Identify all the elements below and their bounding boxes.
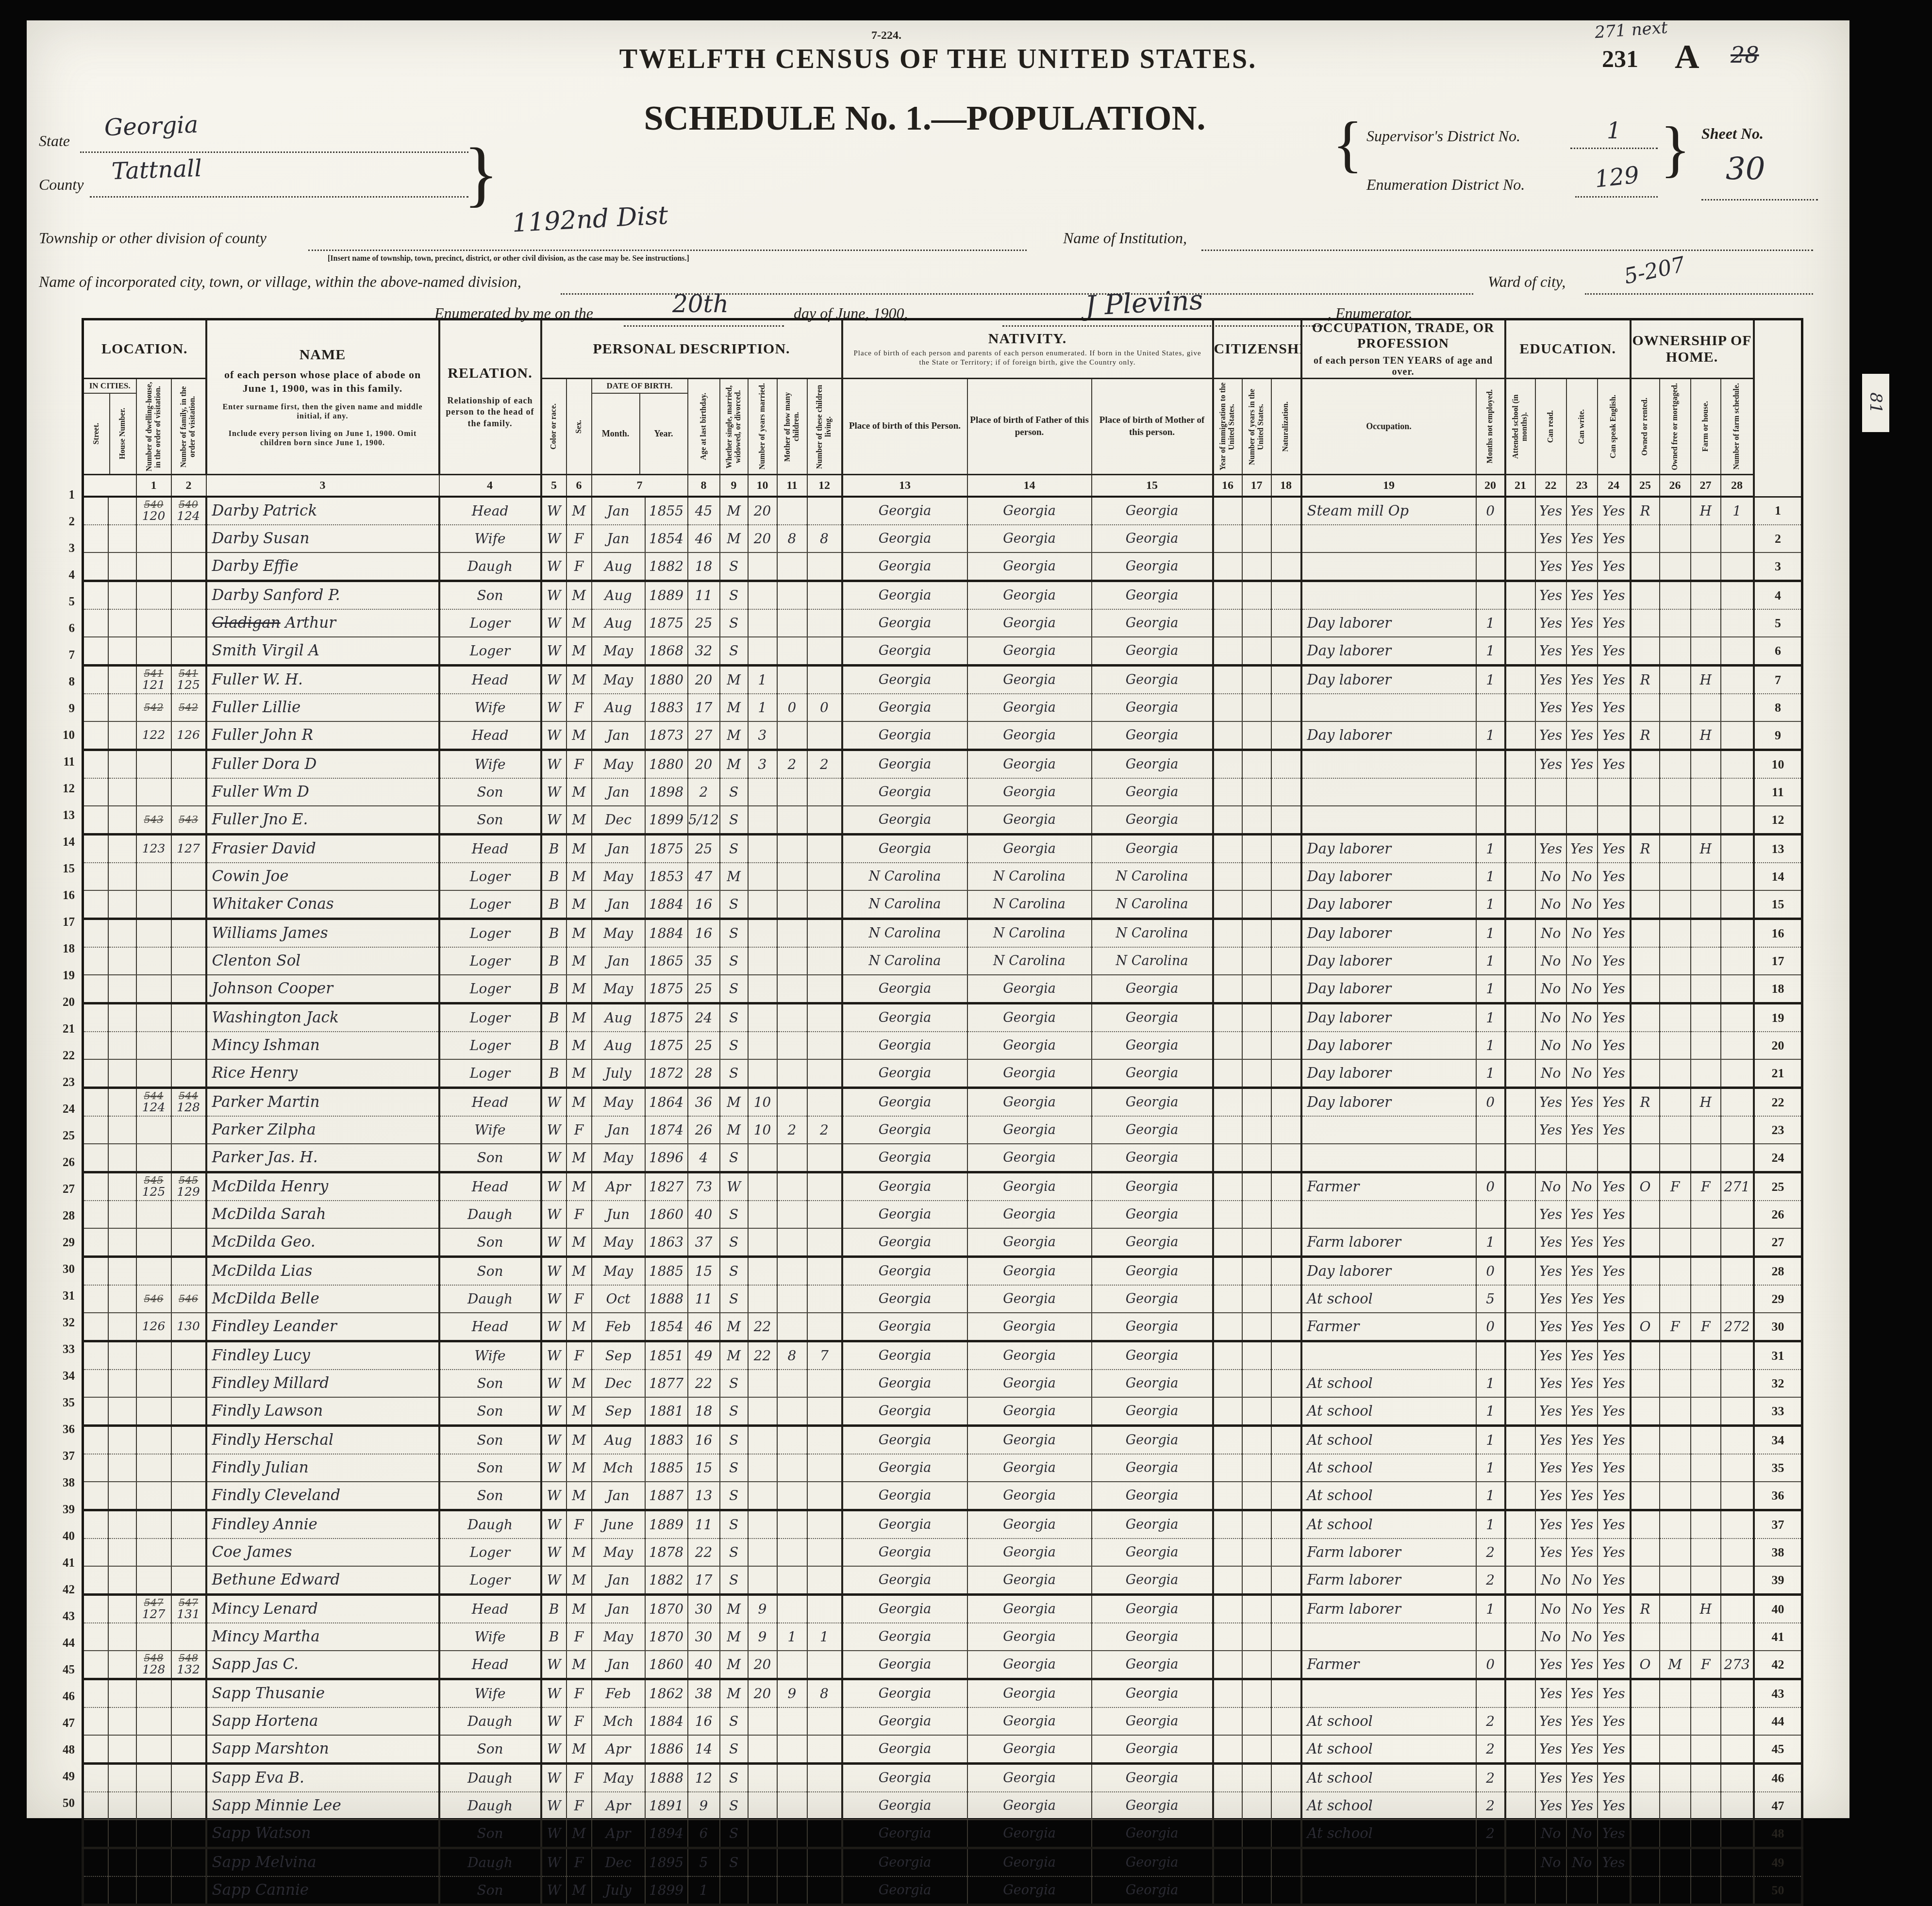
cell-marital: S [720, 1370, 748, 1397]
cell-birth-month: Dec [592, 806, 645, 835]
struck-old-page-number: 28 [1731, 42, 1759, 68]
cell-speak-english: Yes [1598, 1003, 1631, 1032]
cell-free-mortgaged [1660, 1116, 1691, 1144]
cell-can-write: No [1566, 1003, 1598, 1032]
row-number: 33 [1754, 1397, 1802, 1426]
cell-children-born [777, 863, 807, 890]
cell-children-living [807, 1397, 842, 1426]
left-line-number: 34 [47, 1363, 75, 1389]
cell-house [108, 1285, 136, 1313]
cell-name: Mincy Ishman [206, 1032, 439, 1059]
census-rows: 540120540124Darby PatrickHeadWMJan185545… [83, 497, 1802, 1905]
cell-farm-schedule [1721, 1482, 1754, 1510]
cell-occupation: Day laborer [1301, 637, 1476, 666]
table-row: McDilda Geo.SonWMMay186337SGeorgiaGeorgi… [83, 1228, 1802, 1257]
cell-speak-english: Yes [1598, 1735, 1631, 1764]
cell-marital: M [720, 1595, 748, 1623]
left-line-number: 47 [47, 1710, 75, 1737]
table-row: Sapp WatsonSonWMApr18946SGeorgiaGeorgiaG… [83, 1820, 1802, 1848]
cell-birthplace: Georgia [842, 1820, 967, 1848]
cell-birthplace: Georgia [842, 1876, 967, 1905]
cell-relation: Wife [439, 1341, 541, 1370]
cell-months-unemployed: 2 [1476, 1820, 1505, 1848]
cell-house [108, 778, 136, 806]
ward-label: Ward of city, [1488, 273, 1566, 291]
cell-farm-house [1691, 1257, 1721, 1286]
cell-can-read: Yes [1535, 721, 1566, 750]
cell-street [83, 1228, 108, 1257]
cell-school [1505, 1003, 1535, 1032]
cell-years-in-us [1242, 1257, 1271, 1286]
cell-age: 18 [688, 1397, 720, 1426]
row-number: 49 [1754, 1848, 1802, 1877]
row-number: 19 [1754, 1003, 1802, 1032]
cell-school [1505, 1370, 1535, 1397]
cell-children-born [777, 1370, 807, 1397]
cell-birth-year: 1827 [645, 1172, 688, 1201]
cell-speak-english: Yes [1598, 1707, 1631, 1735]
cell-years-in-us [1242, 694, 1271, 721]
cell-birth-month: Jan [592, 890, 645, 919]
cell-birthplace: Georgia [842, 1510, 967, 1539]
left-line-number: 35 [47, 1389, 75, 1416]
cell-immigration-year [1213, 552, 1242, 581]
cell-name: McDilda Geo. [206, 1228, 439, 1257]
cell-free-mortgaged [1660, 806, 1691, 835]
cell-relation: Son [439, 1482, 541, 1510]
left-line-number: 41 [47, 1550, 75, 1576]
cell-dwelling-number [136, 1820, 171, 1848]
cell-farm-house [1691, 1003, 1721, 1032]
cell-street [83, 552, 108, 581]
cell-birth-month: Aug [592, 581, 645, 610]
cell-house [108, 637, 136, 666]
cell-marital: S [720, 1426, 748, 1455]
left-line-number: 46 [47, 1683, 75, 1710]
cell-owned-rented [1631, 1679, 1660, 1708]
cell-farm-house [1691, 947, 1721, 975]
cell-occupation: Farmer [1301, 1313, 1476, 1341]
cell-farm-schedule [1721, 694, 1754, 721]
cell-house [108, 1003, 136, 1032]
column-number-12: 12 [807, 475, 842, 497]
cell-age: 40 [688, 1651, 720, 1679]
cell-mother-birthplace: Georgia [1092, 1088, 1213, 1117]
cell-can-read: No [1535, 1820, 1566, 1848]
cell-mother-birthplace: Georgia [1092, 525, 1213, 552]
cell-relation: Head [439, 1651, 541, 1679]
cell-name: Findley Lucy [206, 1341, 439, 1370]
table-row: Sapp HortenaDaughWFMch188416SGeorgiaGeor… [83, 1707, 1802, 1735]
cell-can-read: Yes [1535, 637, 1566, 666]
cell-free-mortgaged [1660, 1228, 1691, 1257]
cell-age: 11 [688, 1285, 720, 1313]
cell-color: W [541, 721, 566, 750]
cell-birthplace: Georgia [842, 750, 967, 779]
cell-birth-year: 1863 [645, 1228, 688, 1257]
header-birthplace-father: Place of birth of Father of this person. [967, 379, 1092, 475]
form-number: 7-224. [871, 29, 901, 42]
cell-age: 11 [688, 1510, 720, 1539]
cell-free-mortgaged [1660, 1510, 1691, 1539]
cell-children-born [777, 1088, 807, 1117]
cell-marital: S [720, 947, 748, 975]
group-citizenship: CITIZENSHIP. [1213, 319, 1301, 379]
left-line-number: 24 [47, 1096, 75, 1122]
cell-house [108, 1764, 136, 1792]
cell-marital: M [720, 1313, 748, 1341]
cell-can-read: Yes [1535, 1735, 1566, 1764]
cell-street [83, 694, 108, 721]
cell-marital: S [720, 581, 748, 610]
cell-age: 16 [688, 890, 720, 919]
cell-father-birthplace: Georgia [967, 1848, 1092, 1877]
cell-age: 37 [688, 1228, 720, 1257]
cell-children-living [807, 806, 842, 835]
cell-age: 16 [688, 1707, 720, 1735]
cell-months-unemployed: 1 [1476, 1510, 1505, 1539]
cell-street [83, 1735, 108, 1764]
cell-birthplace: Georgia [842, 1707, 967, 1735]
group-nativity: NATIVITY. Place of birth of each person … [842, 319, 1213, 379]
table-row: Findley AnnieDaughWFJune188911SGeorgiaGe… [83, 1510, 1802, 1539]
cell-naturalization [1271, 1707, 1301, 1735]
cell-owned-rented: R [1631, 1088, 1660, 1117]
cell-sex: M [566, 1538, 592, 1566]
cell-years-married [748, 552, 777, 581]
cell-naturalization [1271, 1764, 1301, 1792]
cell-school [1505, 721, 1535, 750]
column-number-14: 14 [967, 475, 1092, 497]
cell-sex: M [566, 1735, 592, 1764]
table-row: Parker Jas. H.SonWMMay18964SGeorgiaGeorg… [83, 1144, 1802, 1172]
cell-immigration-year [1213, 1059, 1242, 1088]
cell-color: B [541, 1595, 566, 1623]
cell-father-birthplace: Georgia [967, 1228, 1092, 1257]
cell-color: W [541, 637, 566, 666]
cell-years-in-us [1242, 1144, 1271, 1172]
cell-family-number [171, 1510, 206, 1539]
cell-farm-house [1691, 750, 1721, 779]
cell-birth-month: May [592, 637, 645, 666]
cell-relation: Loger [439, 919, 541, 948]
cell-birth-year: 1898 [645, 778, 688, 806]
cell-farm-schedule [1721, 637, 1754, 666]
row-number: 1 [1754, 497, 1802, 525]
supervisor-district-label: Supervisor's District No. [1366, 127, 1520, 145]
cell-free-mortgaged [1660, 1003, 1691, 1032]
cell-age: 27 [688, 721, 720, 750]
cell-mother-birthplace: Georgia [1092, 1792, 1213, 1820]
cell-immigration-year [1213, 525, 1242, 552]
table-row: 545125545129McDilda HenryHeadWMApr182773… [83, 1172, 1802, 1201]
cell-months-unemployed [1476, 694, 1505, 721]
cell-can-write: No [1566, 975, 1598, 1003]
cell-free-mortgaged [1660, 1144, 1691, 1172]
cell-age: 17 [688, 1566, 720, 1595]
cell-street [83, 750, 108, 779]
cell-children-living [807, 497, 842, 525]
group-personal-description: PERSONAL DESCRIPTION. [541, 319, 842, 379]
left-line-numbers: 1234567891011121314151617181920212223242… [47, 482, 75, 1817]
header-farm-schedule: Number of farm schedule. [1721, 379, 1754, 475]
cell-dwelling-number [136, 1510, 171, 1539]
cell-months-unemployed: 2 [1476, 1538, 1505, 1566]
cell-months-unemployed: 2 [1476, 1566, 1505, 1595]
cell-free-mortgaged [1660, 497, 1691, 525]
cell-birth-year: 1875 [645, 835, 688, 863]
cell-children-living [807, 581, 842, 610]
cell-family-number [171, 1679, 206, 1708]
cell-dwelling-number: 122 [136, 721, 171, 750]
cell-birth-month: Aug [592, 609, 645, 637]
cell-mother-birthplace: Georgia [1092, 1313, 1213, 1341]
cell-name: Darby Susan [206, 525, 439, 552]
cell-birth-month: May [592, 1764, 645, 1792]
cell-owned-rented: R [1631, 835, 1660, 863]
cell-children-living [807, 1566, 842, 1595]
cell-farm-schedule [1721, 1426, 1754, 1455]
cell-children-born [777, 1032, 807, 1059]
table-row: Fuller Dora DWifeWFMay188020M322GeorgiaG… [83, 750, 1802, 779]
cell-farm-house [1691, 863, 1721, 890]
cell-owned-rented [1631, 1792, 1660, 1820]
cell-occupation: Day laborer [1301, 609, 1476, 637]
cell-can-read: No [1535, 1032, 1566, 1059]
cell-house [108, 1848, 136, 1877]
cell-house [108, 1426, 136, 1455]
header-naturalization: Naturalization. [1271, 379, 1301, 475]
column-number-6: 6 [566, 475, 592, 497]
cell-owned-rented [1631, 1032, 1660, 1059]
cell-name: Sapp Eva B. [206, 1764, 439, 1792]
table-row: McDilda LiasSonWMMay188515SGeorgiaGeorgi… [83, 1257, 1802, 1286]
cell-can-write: Yes [1566, 1397, 1598, 1426]
cell-age: 49 [688, 1341, 720, 1370]
cell-years-in-us [1242, 947, 1271, 975]
cell-father-birthplace: Georgia [967, 1876, 1092, 1905]
cell-street [83, 581, 108, 610]
cell-mother-birthplace: Georgia [1092, 1059, 1213, 1088]
cell-immigration-year [1213, 1172, 1242, 1201]
cell-birthplace: Georgia [842, 1397, 967, 1426]
cell-house [108, 1651, 136, 1679]
table-row: Mincy MarthaWifeBFMay187030M911GeorgiaGe… [83, 1623, 1802, 1651]
cell-immigration-year [1213, 1623, 1242, 1651]
cell-birth-year: 1875 [645, 609, 688, 637]
cell-years-married [748, 863, 777, 890]
cell-birthplace: Georgia [842, 1228, 967, 1257]
cell-children-living [807, 1538, 842, 1566]
cell-mother-birthplace: Georgia [1092, 1341, 1213, 1370]
left-line-number: 9 [47, 695, 75, 722]
cell-birthplace: Georgia [842, 835, 967, 863]
cell-house [108, 1820, 136, 1848]
cell-dwelling-number [136, 1228, 171, 1257]
cell-school [1505, 1144, 1535, 1172]
cell-street [83, 1313, 108, 1341]
cell-occupation: At school [1301, 1792, 1476, 1820]
cell-house [108, 1397, 136, 1426]
cell-farm-house: F [1691, 1313, 1721, 1341]
cell-free-mortgaged [1660, 552, 1691, 581]
cell-farm-house [1691, 1032, 1721, 1059]
cell-color: W [541, 1397, 566, 1426]
cell-speak-english: Yes [1598, 947, 1631, 975]
cell-birth-month: Jan [592, 497, 645, 525]
cell-can-write: Yes [1566, 637, 1598, 666]
header-years-married: Number of years married. [748, 379, 777, 475]
cell-birthplace: Georgia [842, 1313, 967, 1341]
cell-months-unemployed: 0 [1476, 1651, 1505, 1679]
cell-age: 46 [688, 525, 720, 552]
cell-dwelling-number [136, 919, 171, 948]
cell-can-write: Yes [1566, 1341, 1598, 1370]
cell-occupation: Farm laborer [1301, 1538, 1476, 1566]
cell-color: W [541, 1228, 566, 1257]
cell-marital: M [720, 1341, 748, 1370]
cell-family-number: 542 [171, 694, 206, 721]
cell-mother-birthplace: Georgia [1092, 1651, 1213, 1679]
cell-immigration-year [1213, 1003, 1242, 1032]
cell-can-read: Yes [1535, 1341, 1566, 1370]
cell-family-number: 127 [171, 835, 206, 863]
cell-can-write: Yes [1566, 1792, 1598, 1820]
cell-children-born [777, 1820, 807, 1848]
cell-sex: F [566, 1679, 592, 1708]
cell-birthplace: Georgia [842, 581, 967, 610]
cell-naturalization [1271, 721, 1301, 750]
cell-occupation [1301, 525, 1476, 552]
cell-school [1505, 1679, 1535, 1708]
cell-school [1505, 1228, 1535, 1257]
cell-free-mortgaged [1660, 919, 1691, 948]
cell-years-married: 22 [748, 1313, 777, 1341]
cell-free-mortgaged [1660, 1257, 1691, 1286]
cell-years-married [748, 637, 777, 666]
row-number: 20 [1754, 1032, 1802, 1059]
cell-relation: Daugh [439, 1792, 541, 1820]
county-label: County [39, 176, 83, 194]
cell-years-married [748, 1257, 777, 1286]
left-line-number: 14 [47, 829, 75, 855]
cell-naturalization [1271, 1735, 1301, 1764]
cell-house [108, 1116, 136, 1144]
cell-name: Parker Martin [206, 1088, 439, 1117]
header-attended-school: Attended school (in months). [1505, 379, 1535, 475]
cell-birthplace: Georgia [842, 806, 967, 835]
cell-age: 4 [688, 1144, 720, 1172]
colnum-blank [83, 475, 136, 497]
cell-birth-year: 1881 [645, 1397, 688, 1426]
city-label: Name of incorporated city, town, or vill… [39, 273, 521, 291]
cell-family-number [171, 919, 206, 948]
cell-birthplace: Georgia [842, 1003, 967, 1032]
cell-years-married [748, 890, 777, 919]
cell-birth-month: June [592, 1510, 645, 1539]
cell-naturalization [1271, 1257, 1301, 1286]
cell-birth-year: 1878 [645, 1538, 688, 1566]
cell-birthplace: Georgia [842, 552, 967, 581]
header-sex: Sex. [566, 379, 592, 475]
row-number: 31 [1754, 1341, 1802, 1370]
cell-birth-year: 1889 [645, 1510, 688, 1539]
cell-immigration-year [1213, 1848, 1242, 1877]
cell-dwelling-number [136, 863, 171, 890]
cell-immigration-year [1213, 890, 1242, 919]
row-number: 13 [1754, 835, 1802, 863]
cell-years-married: 20 [748, 1651, 777, 1679]
cell-family-number: 545129 [171, 1172, 206, 1201]
cell-birth-month: May [592, 1538, 645, 1566]
cell-speak-english: Yes [1598, 1228, 1631, 1257]
cell-marital: W [720, 1172, 748, 1201]
cell-marital: S [720, 609, 748, 637]
cell-father-birthplace: Georgia [967, 1482, 1092, 1510]
cell-years-in-us [1242, 581, 1271, 610]
cell-months-unemployed [1476, 1144, 1505, 1172]
cell-house [108, 919, 136, 948]
cell-father-birthplace: Georgia [967, 1764, 1092, 1792]
cell-color: B [541, 1032, 566, 1059]
cell-house [108, 721, 136, 750]
cell-marital: M [720, 666, 748, 694]
header-birthplace-mother: Place of birth of Mother of this person. [1092, 379, 1213, 475]
cell-immigration-year [1213, 1201, 1242, 1228]
table-row: Cowin JoeLogerBMMay185347MN CarolinaN Ca… [83, 863, 1802, 890]
cell-children-living [807, 1510, 842, 1539]
cell-father-birthplace: Georgia [967, 1538, 1092, 1566]
cell-immigration-year [1213, 1116, 1242, 1144]
cell-family-number [171, 1538, 206, 1566]
cell-children-living [807, 1426, 842, 1455]
cell-school [1505, 919, 1535, 948]
cell-school [1505, 1257, 1535, 1286]
column-number-2: 2 [171, 475, 206, 497]
cell-years-in-us [1242, 1848, 1271, 1877]
cell-birth-month: Aug [592, 1032, 645, 1059]
cell-age: 9 [688, 1792, 720, 1820]
cell-street [83, 1003, 108, 1032]
cell-house [108, 609, 136, 637]
cell-color: W [541, 1679, 566, 1708]
cell-naturalization [1271, 1313, 1301, 1341]
cell-children-living [807, 1848, 842, 1877]
cell-occupation [1301, 1201, 1476, 1228]
cell-farm-schedule [1721, 1735, 1754, 1764]
cell-sex: M [566, 1059, 592, 1088]
cell-farm-house [1691, 1426, 1721, 1455]
cell-marital: S [720, 1228, 748, 1257]
header-date-of-birth: DATE OF BIRTH. Month. Year. [592, 379, 688, 475]
cell-immigration-year [1213, 863, 1242, 890]
row-number: 48 [1754, 1820, 1802, 1848]
cell-marital: M [720, 721, 748, 750]
cell-free-mortgaged [1660, 890, 1691, 919]
cell-relation: Loger [439, 890, 541, 919]
cell-mother-birthplace: N Carolina [1092, 890, 1213, 919]
cell-birth-year: 1888 [645, 1285, 688, 1313]
cell-marital: S [720, 1285, 748, 1313]
cell-color: W [541, 525, 566, 552]
cell-speak-english: Yes [1598, 835, 1631, 863]
cell-occupation [1301, 1341, 1476, 1370]
row-number: 10 [1754, 750, 1802, 779]
state-label: State [39, 132, 70, 150]
cell-years-married: 22 [748, 1341, 777, 1370]
cell-birth-month: Apr [592, 1820, 645, 1848]
cell-years-married [748, 609, 777, 637]
